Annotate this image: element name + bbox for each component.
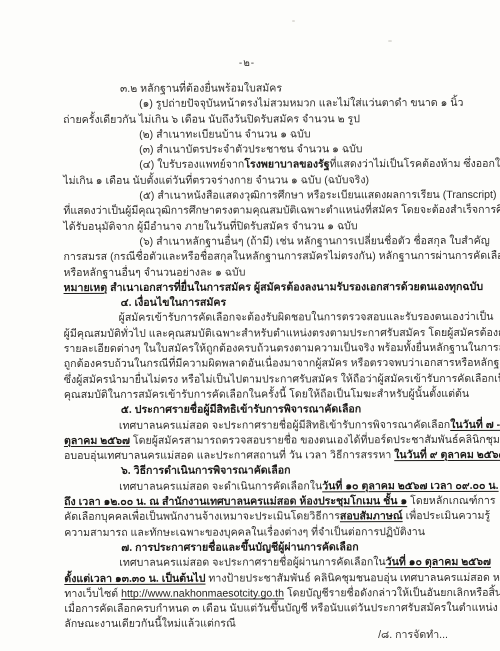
text-segment: ได้รับอนุมัติจาก ผู้มีอำนาจ ภายในวันที่ป… — [63, 220, 357, 233]
text-segment: เพื่อประเมินความรู้ — [403, 510, 491, 522]
text-segment: คุณสมบัติในการสมัครเข้ารับการคัดเลือกในค… — [64, 388, 469, 401]
text-line: ตุลาคม ๒๕๖๗ โดยผู้สมัครสามารถตรวจสอบรายช… — [64, 433, 451, 449]
text-segment: เทศบาลนครแม่สอด จะประกาศรายชื่อผู้ผ่านกา… — [119, 556, 385, 569]
text-segment: เมื่อการคัดเลือกครบกำหนด ๓ เดือน นับแต่ว… — [64, 602, 500, 615]
text-segment: โดยผู้สมัครสามารถตรวจสอบรายชื่อ ของตนเอง… — [130, 434, 500, 447]
scanned-document-page: -๒- ๓.๒ หลักฐานที่ต้องยื่นพร้อมใบสมัคร(๑… — [0, 0, 500, 651]
text-line: อบอบอุ่นเทศบาลนครแม่สอด และประกาศสถานที่… — [64, 448, 451, 464]
text-line: ผู้สมัครเข้ารับการคัดเลือกจะต้องรับผิดชอ… — [64, 310, 451, 326]
text-segment: (๓) สำเนาบัตรประจำตัวประชาชน จำนวน ๑ ฉบั… — [139, 143, 362, 156]
section-heading: ๕. ประกาศรายชื่อผู้มีสิทธิเข้ารับการพิจา… — [64, 402, 451, 418]
text-line: ถ่ายครั้งเดียวกัน ไม่เกิน ๖ เดือน นับถึง… — [63, 112, 450, 128]
text-segment: เทศบาลนครแม่สอด จะประกาศรายชื่อผู้มีสิทธ… — [119, 419, 450, 432]
text-line: หรือหลักฐานอื่นๆ จำนวนอย่างละ ๑ ฉบับ — [63, 265, 450, 281]
section-heading: ๗. การประกาศรายชื่อและขึ้นบัญชีผู้ผ่านกา… — [64, 540, 451, 556]
note-line: หมายเหตุ สำเนาเอกสารที่ยื่นในการสมัคร ผู… — [64, 280, 451, 296]
text-segment: โรงพยาบาลของรัฐ — [244, 159, 329, 171]
text-segment: ถ่ายครั้งเดียวกัน ไม่เกิน ๖ เดือน นับถึง… — [63, 113, 360, 126]
text-line: (๕) สำเนาหนังสือแสดงวุฒิการศึกษา หรือระเ… — [63, 188, 450, 204]
text-segment: หรือหลักฐานอื่นๆ จำนวนอย่างละ ๑ ฉบับ — [63, 266, 245, 278]
text-segment: (๑) รูปถ่ายปัจจุบันหน้าตรงไม่สวมหมวก และ… — [139, 97, 463, 110]
text-segment: การสมรส (กรณีชื่อตัวและหรือชื่อสกุลในหลั… — [63, 250, 500, 263]
text-segment: ๔. เงื่อนไขในการสมัคร — [121, 297, 227, 309]
text-segment: สอบสัมภาษณ์ — [340, 510, 403, 522]
page-number: -๒- — [0, 56, 494, 71]
text-segment: วันที่ ๑๐ ตุลาคม ๒๕๖๗ เวลา ๐๙.๐๐ น. — [322, 480, 498, 492]
text-segment: ๗. การประกาศรายชื่อและขึ้นบัญชีผู้ผ่านกา… — [121, 541, 358, 554]
text-segment: ๖. วิธีการดำเนินการพิจารณาคัดเลือก — [121, 465, 291, 477]
text-line: ผู้มีคุณสมบัติทั่วไป และคุณสมบัติเฉพาะสำ… — [64, 326, 451, 342]
scan-artifact — [388, 40, 392, 42]
text-segment: ในวันที่ ๙ ตุลาคม ๒๕๖๗ — [394, 449, 500, 461]
text-segment: วันที่ ๑๐ ตุลาคม ๒๕๖๗ — [386, 556, 491, 568]
text-segment: ถูกต้องครบถ้วนในกรณีที่มีความผิดพลาดอันเ… — [64, 357, 500, 370]
text-segment: ๓.๒ หลักฐานที่ต้องยื่นพร้อมใบสมัคร — [120, 82, 282, 94]
text-line: เทศบาลนครแม่สอด จะดำเนินการคัดเลือกในวัน… — [64, 479, 451, 495]
text-segment: โดยหลักเกณฑ์การ — [407, 495, 495, 507]
text-segment: หมายเหตุ — [64, 282, 108, 294]
text-line: ไม่เกิน ๑ เดือน นับตั้งแต่วันที่ตรวจร่าง… — [63, 173, 450, 189]
website-url: http://www.nakhonmaesotcity.go.th — [121, 587, 284, 599]
text-segment: สำเนาเอกสารที่ยื่นในการสมัคร ผู้สมัครต้อ… — [107, 281, 483, 294]
text-segment: (๕) สำเนาหนังสือแสดงวุฒิการศึกษา หรือระเ… — [139, 189, 496, 202]
text-line: (๓) สำเนาบัตรประจำตัวประชาชน จำนวน ๑ ฉบั… — [63, 142, 450, 158]
text-segment: ลักษณะงานเดียวกันนี้ใหม่แล้วแต่กรณี — [64, 618, 235, 630]
text-segment: ไม่เกิน ๑ เดือน นับตั้งแต่วันที่ตรวจร่าง… — [63, 174, 369, 187]
text-line: เทศบาลนครแม่สอด จะประกาศรายชื่อผู้มีสิทธ… — [64, 418, 451, 434]
text-segment: ซึ่งผู้สมัครนำมายื่นไม่ตรง หรือไม่เป็นไป… — [64, 372, 500, 385]
continuation-note: /๘. การจัดทำ... — [378, 626, 448, 643]
text-line: ได้รับอนุมัติจาก ผู้มีอำนาจ ภายในวันที่ป… — [63, 219, 450, 235]
text-segment: ในวันที่ ๗ - ๘ — [450, 418, 500, 430]
text-segment: (๔) ใบรับรองแพทย์จาก — [139, 159, 244, 171]
text-segment: (๒) สำเนาทะเบียนบ้าน จำนวน ๑ ฉบับ — [139, 128, 310, 140]
text-line: ตั้งแต่เวลา ๑๓.๓๐ น. เป็นต้นไป ทางป้ายปร… — [64, 570, 451, 586]
text-segment: เทศบาลนครแม่สอด จะดำเนินการคัดเลือกใน — [119, 480, 322, 493]
text-segment: อบอบอุ่นเทศบาลนครแม่สอด และประกาศสถานที่… — [64, 449, 394, 462]
text-line: ซึ่งผู้สมัครนำมายื่นไม่ตรง หรือไม่เป็นไป… — [64, 372, 451, 388]
text-segment: โดยบัญชีรายชื่อดังกล่าวให้เป็นอันยกเลิกห… — [284, 587, 500, 600]
document-body: ๓.๒ หลักฐานที่ต้องยื่นพร้อมใบสมัคร(๑) รู… — [63, 81, 451, 633]
text-line: เทศบาลนครแม่สอด จะประกาศรายชื่อผู้ผ่านกา… — [64, 555, 451, 571]
text-line: (๒) สำเนาทะเบียนบ้าน จำนวน ๑ ฉบับ — [63, 127, 450, 143]
text-segment: คัดเลือกบุคคลเพื่อเป็นพนักงานจ้างเหมาจะป… — [64, 511, 340, 524]
text-line: (๔) ใบรับรองแพทย์จากโรงพยาบาลของรัฐที่แส… — [63, 157, 450, 173]
text-line: (๑) รูปถ่ายปัจจุบันหน้าตรงไม่สวมหมวก และ… — [63, 96, 450, 112]
text-segment: ทางเว็บไซต์ — [64, 588, 121, 600]
text-line: ๓.๒ หลักฐานที่ต้องยื่นพร้อมใบสมัคร — [63, 81, 450, 97]
text-segment: ๕. ประกาศรายชื่อผู้มีสิทธิเข้ารับการพิจา… — [121, 403, 361, 416]
text-segment: ผู้สมัครเข้ารับการคัดเลือกจะต้องรับผิดชอ… — [119, 311, 494, 324]
text-segment: ถึง เวลา ๑๒.๐๐ น. ณ สำนักงานเทศบาลนครแม่… — [64, 495, 407, 508]
text-line: การสมรส (กรณีชื่อตัวและหรือชื่อสกุลในหลั… — [63, 249, 450, 265]
text-segment: ผู้มีคุณสมบัติทั่วไป และคุณสมบัติเฉพาะสำ… — [64, 327, 500, 340]
text-segment: ทางป้ายประชาสัมพันธ์ คลินิคชุมชนอบอุ่น เ… — [205, 571, 500, 584]
text-line: ถูกต้องครบถ้วนในกรณีที่มีความผิดพลาดอันเ… — [64, 356, 451, 372]
text-line: เมื่อการคัดเลือกครบกำหนด ๓ เดือน นับแต่ว… — [64, 601, 451, 617]
text-segment: ตุลาคม ๒๕๖๗ — [64, 435, 130, 447]
text-line: รายละเอียดต่างๆ ในใบสมัครให้ถูกต้องครบถ้… — [64, 341, 451, 357]
text-line: ที่แสดงว่าเป็นผู้มีคุณวุฒิการศึกษาตรงตาม… — [63, 203, 450, 219]
text-line: ทางเว็บไซต์ http://www.nakhonmaesotcity.… — [64, 586, 451, 602]
text-segment: (๖) สำเนาหลักฐานอื่นๆ (ถ้ามี) เช่น หลักฐ… — [139, 235, 489, 248]
text-line: คัดเลือกบุคคลเพื่อเป็นพนักงานจ้างเหมาจะป… — [64, 509, 451, 525]
scan-artifact — [292, 20, 295, 22]
text-line: (๖) สำเนาหลักฐานอื่นๆ (ถ้ามี) เช่น หลักฐ… — [63, 234, 450, 250]
text-segment: รายละเอียดต่างๆ ในใบสมัครให้ถูกต้องครบถ้… — [64, 342, 500, 355]
text-segment: ความสามารถ และทักษะเฉพาะของบุคคลในเรื่อง… — [64, 526, 425, 539]
text-line: คุณสมบัติในการสมัครเข้ารับการคัดเลือกในค… — [64, 387, 451, 403]
section-heading: ๔. เงื่อนไขในการสมัคร — [64, 295, 451, 311]
text-segment: ที่แสดงว่าเป็นผู้มีคุณวุฒิการศึกษาตรงตาม… — [63, 204, 500, 217]
text-line: ถึง เวลา ๑๒.๐๐ น. ณ สำนักงานเทศบาลนครแม่… — [64, 494, 451, 510]
text-segment: ตั้งแต่เวลา ๑๓.๓๐ น. เป็นต้นไป — [64, 572, 205, 584]
text-segment: ที่แสดงว่าไม่เป็นโรคต้องห้าม ซึ่งออกให้ — [330, 158, 500, 170]
text-line: ความสามารถ และทักษะเฉพาะของบุคคลในเรื่อง… — [64, 525, 451, 541]
section-heading: ๖. วิธีการดำเนินการพิจารณาคัดเลือก — [64, 463, 451, 479]
